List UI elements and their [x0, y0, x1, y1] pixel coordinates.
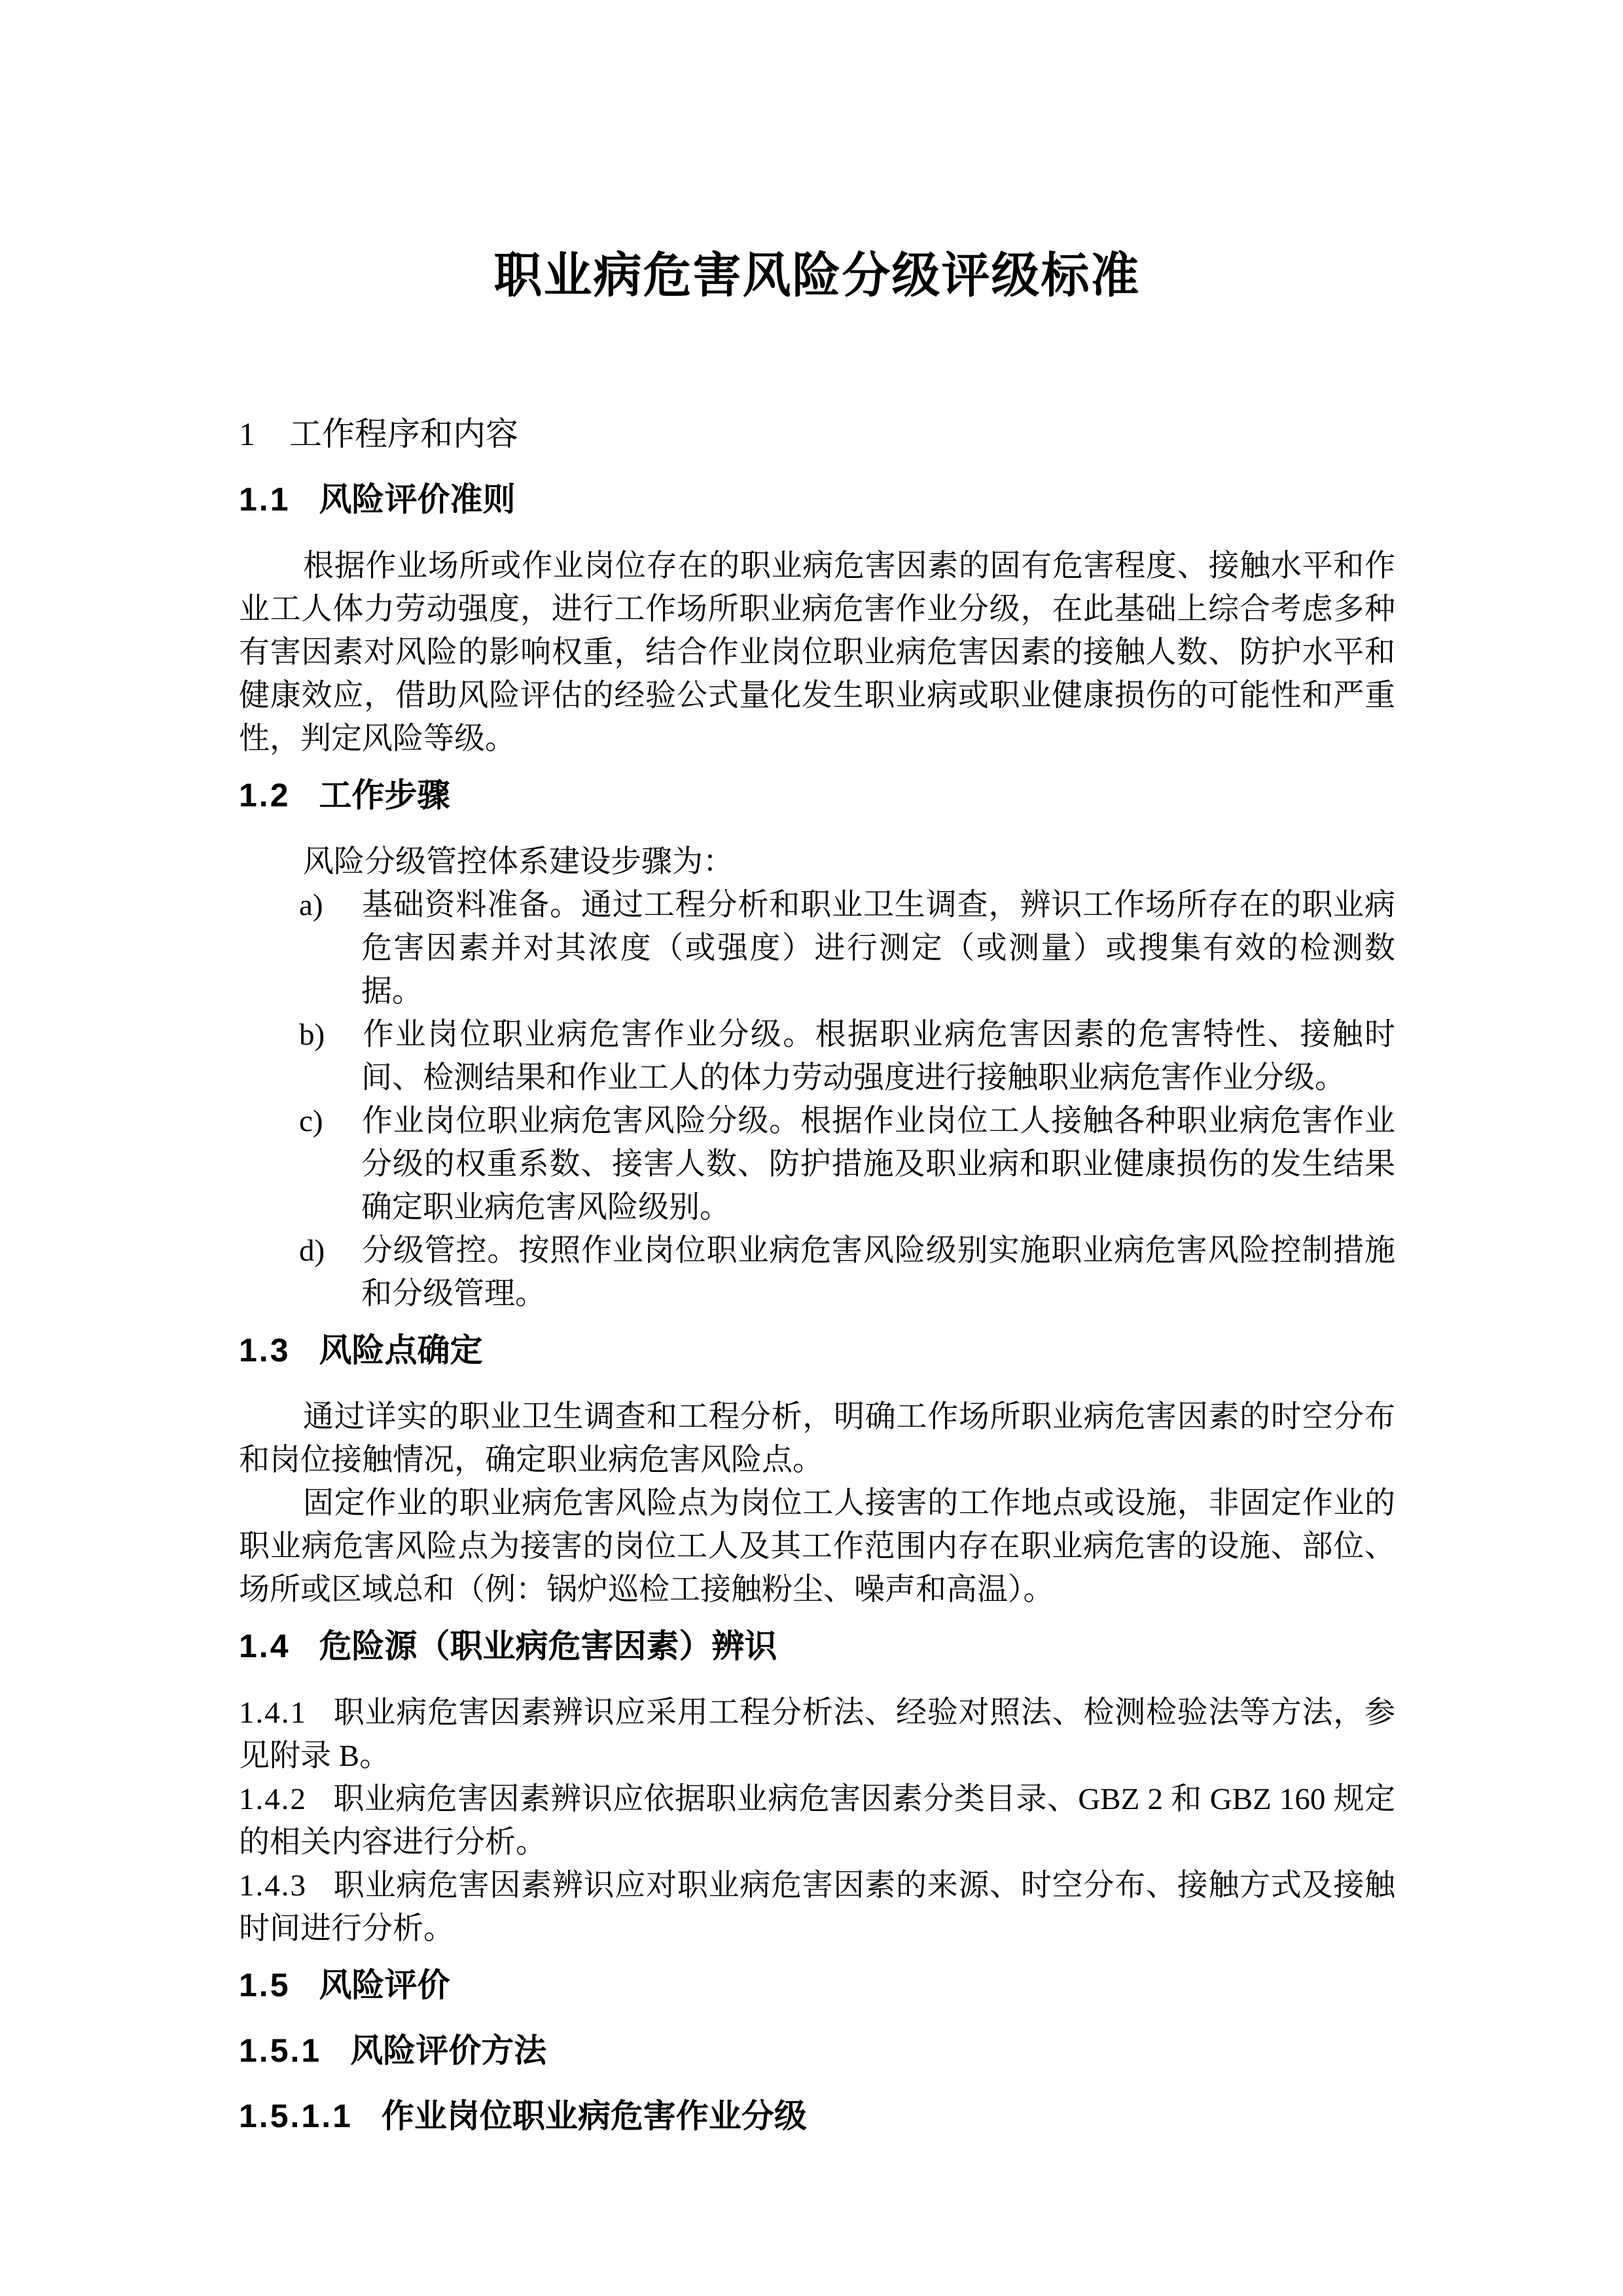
step-item-b: b)作业岗位职业病危害作业分级。根据职业病危害因素的危害特性、接触时间、检测结果…	[299, 1013, 1395, 1100]
document-page: 职业病危害风险分级评级标准 1工作程序和内容 1.1风险评价准则 根据作业场所或…	[0, 0, 1623, 2296]
section-title-text: 危险源（职业病危害因素）辨识	[319, 1628, 777, 1664]
section-heading-1-4: 1.4危险源（职业病危害因素）辨识	[239, 1626, 1395, 1666]
section-title-text: 风险点确定	[319, 1332, 483, 1369]
document-title: 职业病危害风险分级评级标准	[239, 245, 1395, 306]
clause-number: 1.4.2	[239, 1782, 307, 1816]
clause-number: 1.4.1	[239, 1696, 307, 1730]
step-label: a)	[299, 884, 361, 927]
step-item-d: d)分级管控。按照作业岗位职业病危害风险级别实施职业病危害风险控制措施和分级管理…	[299, 1229, 1395, 1316]
section-number: 1.1	[239, 481, 291, 518]
clause-text: 职业病危害因素辨识应依据职业病危害因素分类目录、GBZ 2 和 GBZ 160 …	[239, 1782, 1395, 1859]
section-heading-1: 1工作程序和内容	[239, 414, 1395, 454]
section-heading-1-2: 1.2工作步骤	[239, 775, 1395, 816]
section-title-text: 风险评价准则	[319, 481, 516, 518]
section-title-text: 风险评价方法	[350, 2032, 546, 2069]
section-number: 1	[239, 416, 255, 452]
section-heading-1-5-1-1: 1.5.1.1作业岗位职业病危害作业分级	[239, 2096, 1395, 2136]
section-heading-1-1: 1.1风险评价准则	[239, 479, 1395, 520]
work-steps-list: a)基础资料准备。通过工程分析和职业卫生调查，辨识工作场所存在的职业病危害因素并…	[239, 884, 1395, 1316]
section-title-text: 工作程序和内容	[289, 416, 518, 452]
step-label: d)	[299, 1229, 361, 1272]
section-number: 1.4	[239, 1628, 291, 1664]
paragraph-risk-criteria: 根据作业场所或作业岗位存在的职业病危害因素的固有危害程度、接触水平和作业工人体力…	[239, 545, 1395, 761]
paragraph-risk-point-1: 通过详实的职业卫生调查和工程分析，明确工作场所职业病危害因素的时空分布和岗位接触…	[239, 1395, 1395, 1482]
step-label: c)	[299, 1100, 361, 1143]
step-text: 基础资料准备。通过工程分析和职业卫生调查，辨识工作场所存在的职业病危害因素并对其…	[361, 888, 1395, 1009]
step-item-c: c)作业岗位职业病危害风险分级。根据作业岗位工人接触各种职业病危害作业分级的权重…	[299, 1100, 1395, 1229]
section-number: 1.5.1.1	[239, 2098, 353, 2134]
section-number: 1.2	[239, 777, 291, 814]
section-heading-1-3: 1.3风险点确定	[239, 1330, 1395, 1371]
step-item-a: a)基础资料准备。通过工程分析和职业卫生调查，辨识工作场所存在的职业病危害因素并…	[299, 884, 1395, 1013]
section-heading-1-5: 1.5风险评价	[239, 1965, 1395, 2005]
paragraph-steps-intro: 风险分级管控体系建设步骤为：	[239, 840, 1395, 884]
section-title-text: 风险评价	[319, 1967, 450, 2003]
section-title-text: 工作步骤	[319, 777, 450, 814]
section-title-text: 作业岗位职业病危害作业分级	[382, 2098, 807, 2134]
section-number: 1.5.1	[239, 2032, 321, 2069]
paragraph-risk-point-2: 固定作业的职业病危害风险点为岗位工人接害的工作地点或设施，非固定作业的职业病危害…	[239, 1482, 1395, 1611]
step-text: 分级管控。按照作业岗位职业病危害风险级别实施职业病危害风险控制措施和分级管理。	[361, 1234, 1395, 1311]
clause-1-4-3: 1.4.3职业病危害因素辨识应对职业病危害因素的来源、时空分布、接触方式及接触时…	[239, 1864, 1395, 1950]
clause-1-4-2: 1.4.2职业病危害因素辨识应依据职业病危害因素分类目录、GBZ 2 和 GBZ…	[239, 1778, 1395, 1864]
clause-text: 职业病危害因素辨识应对职业病危害因素的来源、时空分布、接触方式及接触时间进行分析…	[239, 1869, 1395, 1946]
section-heading-1-5-1: 1.5.1风险评价方法	[239, 2030, 1395, 2071]
step-text: 作业岗位职业病危害风险分级。根据作业岗位工人接触各种职业病危害作业分级的权重系数…	[361, 1104, 1395, 1225]
section-number: 1.5	[239, 1967, 291, 2003]
step-text: 作业岗位职业病危害作业分级。根据职业病危害因素的危害特性、接触时间、检测结果和作…	[361, 1018, 1395, 1095]
step-label: b)	[299, 1013, 361, 1056]
clause-text: 职业病危害因素辨识应采用工程分析法、经验对照法、检测检验法等方法，参见附录 B。	[239, 1696, 1395, 1773]
clause-1-4-1: 1.4.1职业病危害因素辨识应采用工程分析法、经验对照法、检测检验法等方法，参见…	[239, 1691, 1395, 1778]
section-number: 1.3	[239, 1332, 291, 1369]
clause-number: 1.4.3	[239, 1869, 307, 1903]
